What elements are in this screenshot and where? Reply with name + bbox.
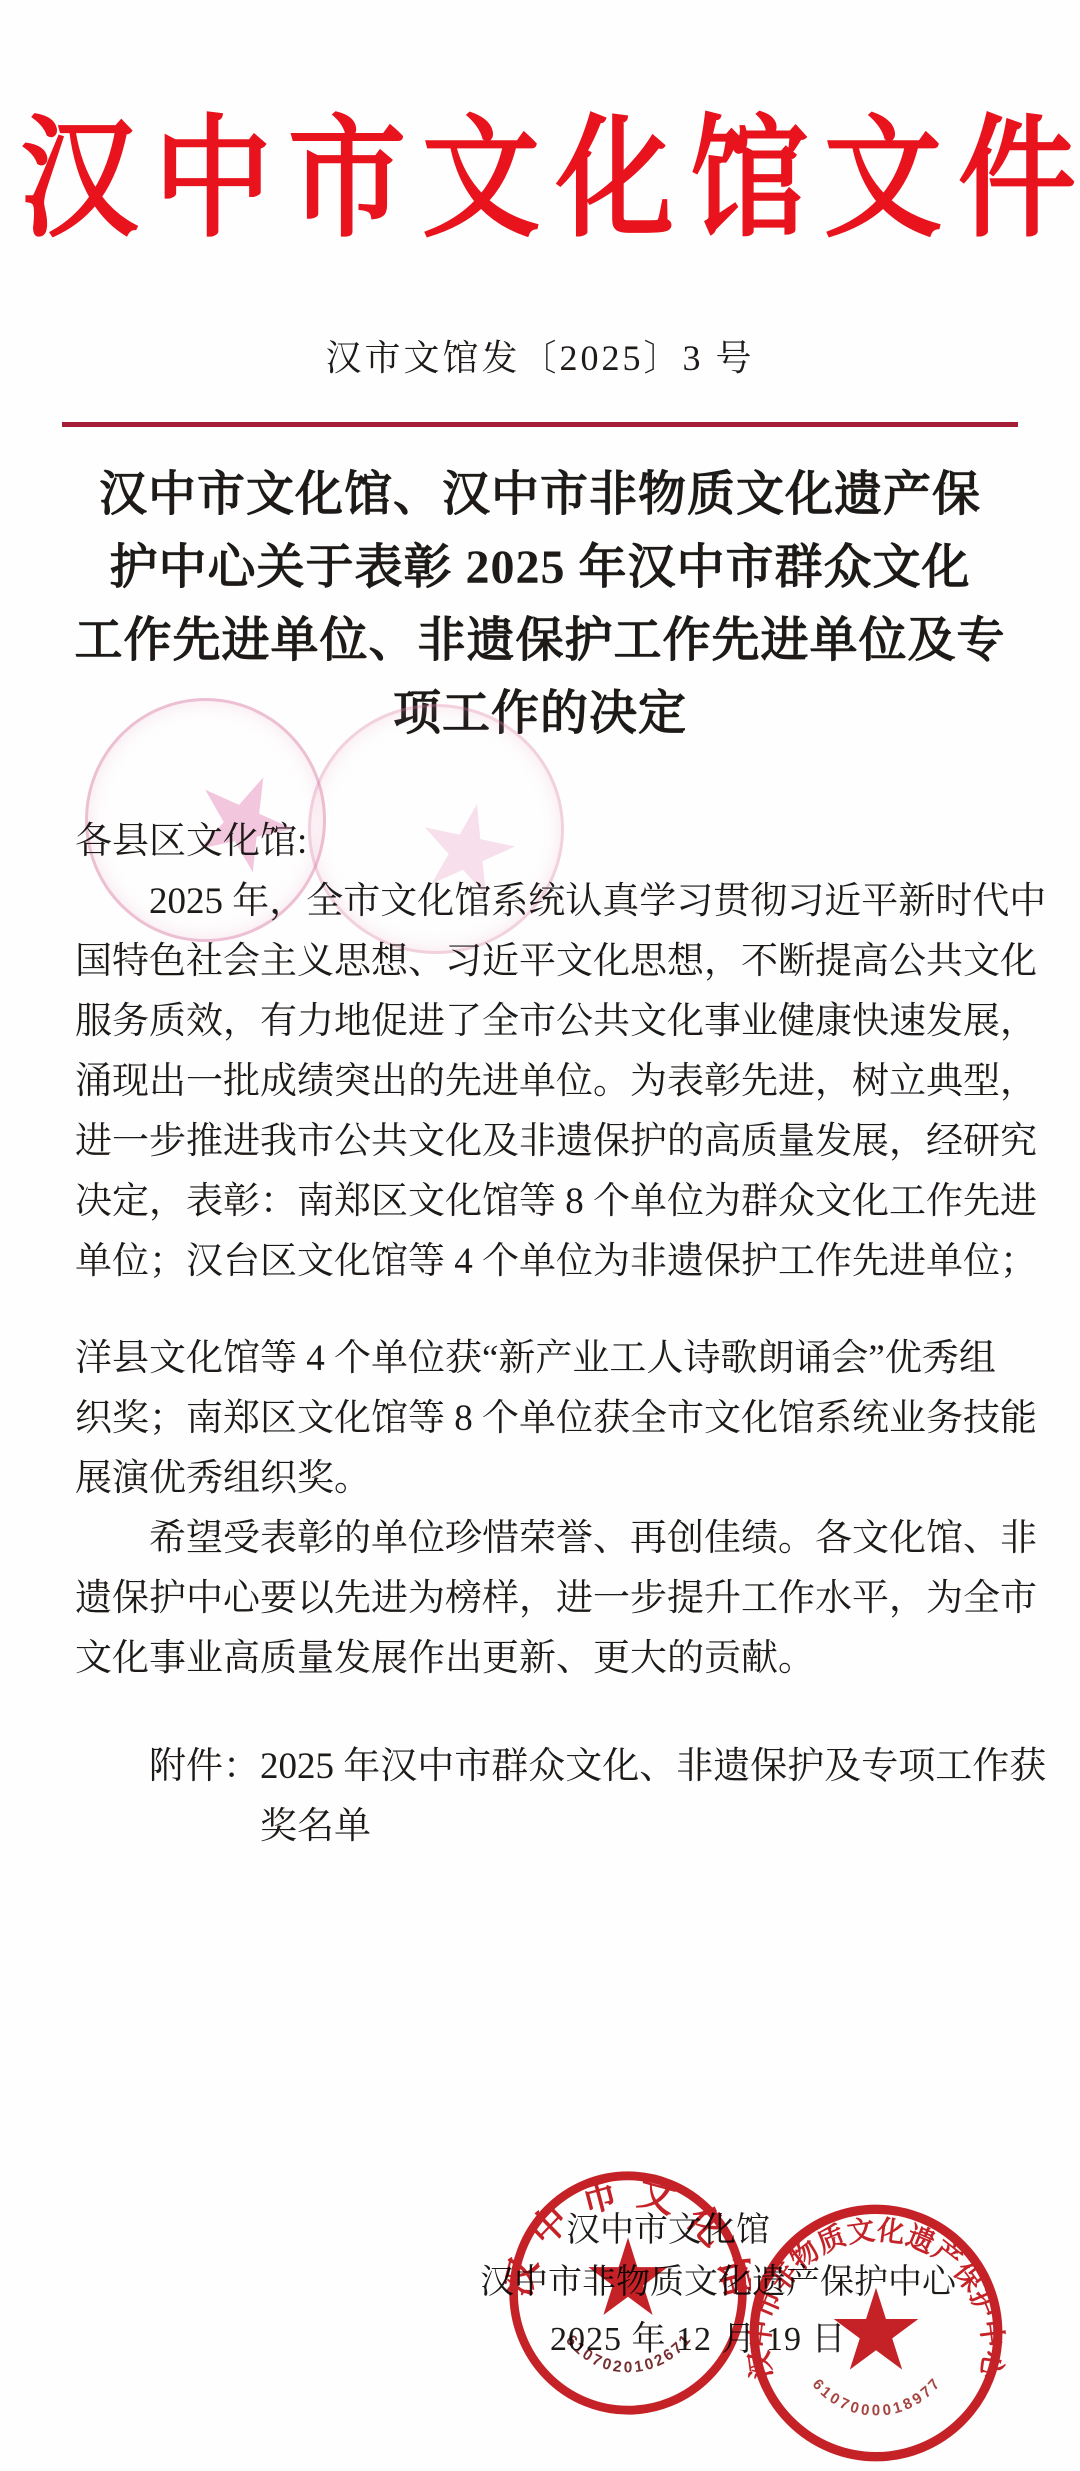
letterhead-title: 汉中市文化馆文件 (0, 72, 1080, 262)
body-line-salutation: 各县区文化馆: (75, 812, 1007, 872)
title-line: 工作先进单位、非遗保护工作先进单位及专 (40, 604, 1040, 677)
seal-star-icon (588, 2238, 667, 2315)
body-line: 展演优秀组织奖。 (75, 1449, 1007, 1509)
svg-text:6107020102671: 6107020102671 (562, 2332, 694, 2377)
title-line: 汉中市文化馆、汉中市非物质文化遗产保 (40, 458, 1040, 531)
doc-number: 汉市文馆发〔2025〕3 号 (0, 330, 1080, 381)
body-line: 服务质效，有力地促进了全市公共文化事业健康快速发展， (75, 992, 1007, 1052)
body-line: 希望受表彰的单位珍惜荣誉、再创佳绩。各文化馆、非 (75, 1509, 1007, 1569)
body-line: 涌现出一批成绩突出的先进单位。为表彰先进，树立典型， (75, 1052, 1007, 1112)
body-line-attachment: 奖名单 (75, 1797, 1007, 1857)
body-line: 洋县文化馆等 4 个单位获“新产业工人诗歌朗诵会”优秀组 (75, 1329, 1007, 1389)
seal-star-icon (834, 2288, 919, 2370)
body-line: 遗保护中心要以先进为榜样，进一步提升工作水平，为全市 (75, 1569, 1007, 1629)
body-line: 国特色社会主义思想、习近平文化思想，不断提高公共文化 (75, 932, 1007, 992)
seal-number: 6107020102671 (562, 2332, 694, 2377)
body-line: 2025 年，全市文化馆系统认真学习贯彻习近平新时代中 (75, 872, 1007, 932)
body-line-attachment: 附件：2025 年汉中市群众文化、非遗保护及专项工作获 (75, 1737, 1007, 1797)
svg-text:6107000018977: 6107000018977 (809, 2376, 943, 2420)
official-seal-cultural-center: 汉中市文化馆 6107020102671 (505, 2167, 751, 2419)
official-seal-heritage-center: 汉中市非物质文化遗产保护中心 6107000018977 (745, 2200, 1007, 2466)
body-line: 决定，表彰：南郑区文化馆等 8 个单位为群众文化工作先进 (75, 1172, 1007, 1232)
body-line: 单位；汉台区文化馆等 4 个单位为非遗保护工作先进单位； (75, 1232, 1007, 1292)
title-line: 护中心关于表彰 2025 年汉中市群众文化 (40, 531, 1040, 604)
document-page: 汉中市文化馆文件 汉市文馆发〔2025〕3 号 汉中市文化馆、汉中市非物质文化遗… (0, 0, 1080, 2471)
body-line: 文化事业高质量发展作出更新、更大的贡献。 (75, 1629, 1007, 1689)
red-divider-rule (62, 422, 1018, 427)
seal-number: 6107000018977 (809, 2376, 943, 2420)
document-body: 各县区文化馆: 2025 年，全市文化馆系统认真学习贯彻习近平新时代中 国特色社… (75, 812, 1007, 1857)
body-line: 进一步推进我市公共文化及非遗保护的高质量发展，经研究 (75, 1112, 1007, 1172)
body-line: 织奖；南郑区文化馆等 8 个单位获全市文化馆系统业务技能 (75, 1389, 1007, 1449)
